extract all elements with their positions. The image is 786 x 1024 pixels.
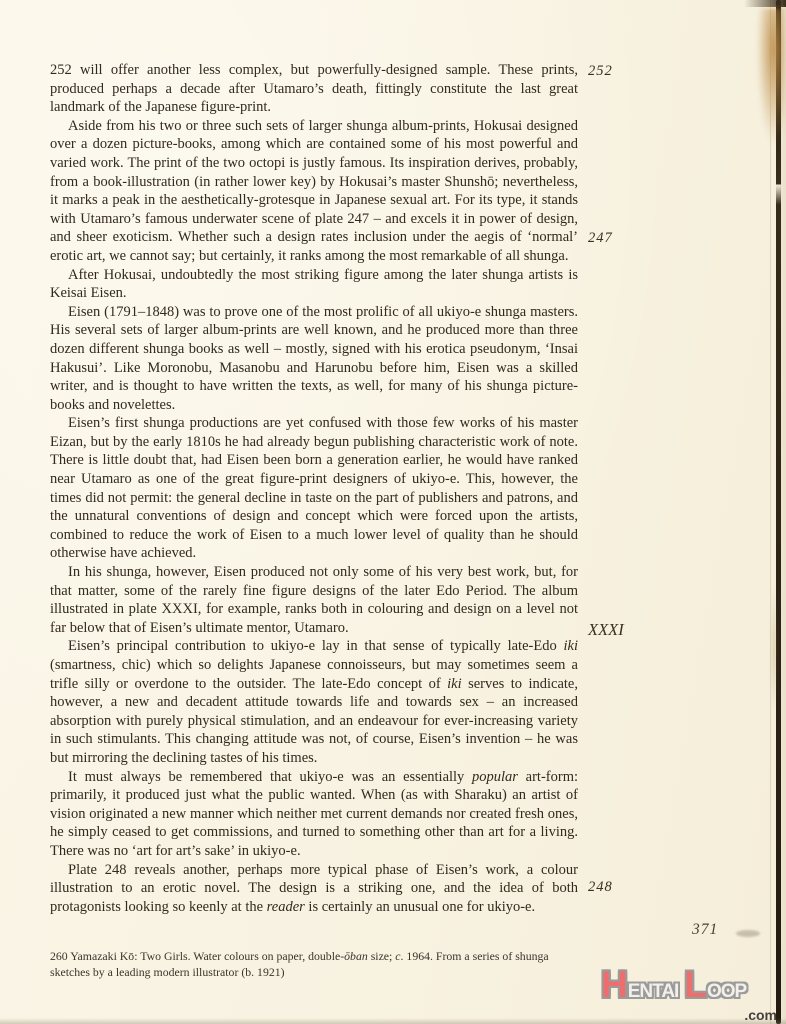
- top-edge-shadow: [744, 0, 786, 7]
- margin-references: 252247XXXI248: [588, 0, 658, 1024]
- body-paragraph: Plate 248 reveals another, perhaps more …: [50, 861, 578, 917]
- pencil-smudge: [736, 930, 760, 937]
- scanned-book-page: 252 will offer another less complex, but…: [0, 0, 786, 1024]
- body-paragraph: Eisen (1791–1848) was to prove one of th…: [50, 303, 578, 415]
- paper-stain: [757, 8, 785, 143]
- watermark-letter-h: H: [601, 966, 628, 1003]
- body-paragraph: Eisen’s first shunga productions are yet…: [50, 414, 578, 563]
- bottom-edge-shadow: [0, 1018, 786, 1024]
- text-column: 252 will offer another less complex, but…: [50, 61, 578, 916]
- hentailoop-watermark: H ENTAI L OOP .com: [601, 966, 781, 1018]
- body-paragraph: Aside from his two or three such sets of…: [50, 117, 578, 266]
- watermark-text-oop: OOP: [707, 982, 746, 1001]
- margin-plate-ref: 252: [588, 63, 613, 80]
- margin-plate-ref: 247: [588, 230, 613, 247]
- body-paragraph: 252 will offer another less complex, but…: [50, 61, 578, 117]
- body-paragraph: In his shunga, however, Eisen produced n…: [50, 563, 578, 637]
- watermark-letter-l: L: [684, 966, 707, 1003]
- page-number: 371: [692, 921, 718, 939]
- figure-caption: 260 Yamazaki Kō: Two Girls. Water colour…: [50, 948, 568, 980]
- page-edge-inner-line: [770, 0, 771, 1024]
- margin-plate-ref: XXXI: [588, 620, 624, 640]
- page-edge-shadow-line: [776, 0, 781, 1024]
- watermark-text-entai: ENTAI: [628, 982, 679, 1001]
- body-paragraph: It must always be remembered that ukiyo-…: [50, 768, 578, 861]
- body-paragraph: Eisen’s principal contribution to ukiyo-…: [50, 637, 578, 767]
- margin-plate-ref: 248: [588, 879, 613, 896]
- watermark-domain-suffix: .com: [744, 1008, 777, 1022]
- body-paragraph: After Hokusai, undoubtedly the most stri…: [50, 266, 578, 303]
- paper-stain-lower: [770, 590, 778, 710]
